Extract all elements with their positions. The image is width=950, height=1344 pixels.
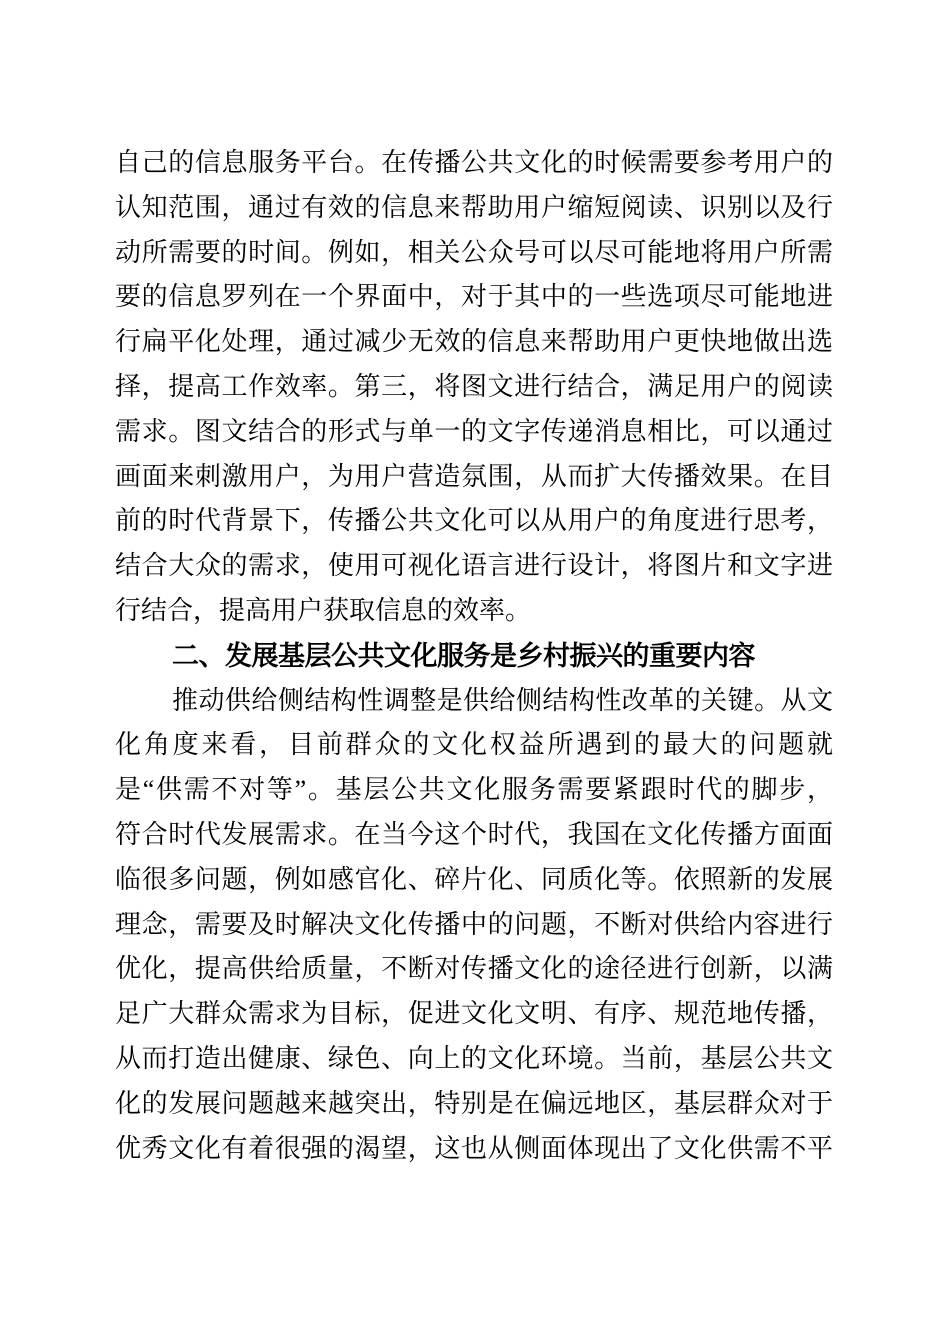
- body-text-line: 是“供需不对等”。基层公共文化服务需要紧跟时代的脚步，: [115, 768, 833, 813]
- body-text-line: 化角度来看，目前群众的文化权益所遇到的最大的问题就: [115, 723, 833, 768]
- body-text-line: 要的信息罗列在一个界面中，对于其中的一些选项尽可能地进: [115, 275, 833, 320]
- body-text-line: 动所需要的时间。例如，相关公众号可以尽可能地将用户所需: [115, 231, 833, 276]
- body-text-line: 优化，提高供给质量，不断对传播文化的途径进行创新，以满: [115, 947, 833, 992]
- body-text-line: 符合时代发展需求。在当今这个时代，我国在文化传播方面面: [115, 813, 833, 858]
- body-text-line: 理念，需要及时解决文化传播中的问题，不断对供给内容进行: [115, 903, 833, 948]
- body-text-line: 自己的信息服务平台。在传播公共文化的时候需要参考用户的: [115, 141, 833, 186]
- body-text-line: 前的时代背景下，传播公共文化可以从用户的角度进行思考，: [115, 499, 833, 544]
- body-text-line: 择，提高工作效率。第三，将图文进行结合，满足用户的阅读: [115, 365, 833, 410]
- body-text-line: 需求。图文结合的形式与单一的文字传递消息相比，可以通过: [115, 410, 833, 455]
- text-column: 自己的信息服务平台。在传播公共文化的时候需要参考用户的 认知范围，通过有效的信息…: [115, 141, 833, 1171]
- body-text-line: 结合大众的需求，使用可视化语言进行设计，将图片和文字进: [115, 544, 833, 589]
- body-text-line: 足广大群众需求为目标，促进文化文明、有序、规范地传播，: [115, 992, 833, 1037]
- body-text-line: 行扁平化处理，通过减少无效的信息来帮助用户更快地做出选: [115, 320, 833, 365]
- body-text-line: 认知范围，通过有效的信息来帮助用户缩短阅读、识别以及行: [115, 186, 833, 231]
- body-text-line: 临很多问题，例如感官化、碎片化、同质化等。依照新的发展: [115, 858, 833, 903]
- body-text-line: 行结合，提高用户获取信息的效率。: [115, 589, 833, 634]
- body-text-line: 画面来刺激用户，为用户营造氛围，从而扩大传播效果。在目: [115, 455, 833, 500]
- body-text-line: 推动供给侧结构性调整是供给侧结构性改革的关键。从文: [115, 679, 833, 724]
- body-text-line: 化的发展问题越来越突出，特别是在偏远地区，基层群众对于: [115, 1082, 833, 1127]
- document-page: 自己的信息服务平台。在传播公共文化的时候需要参考用户的 认知范围，通过有效的信息…: [0, 0, 950, 1344]
- body-text-line: 优秀文化有着很强的渴望，这也从侧面体现出了文化供需不平: [115, 1127, 833, 1172]
- section-heading: 二、发展基层公共文化服务是乡村振兴的重要内容: [115, 634, 833, 679]
- body-text-line: 从而打造出健康、绿色、向上的文化环境。当前，基层公共文: [115, 1037, 833, 1082]
